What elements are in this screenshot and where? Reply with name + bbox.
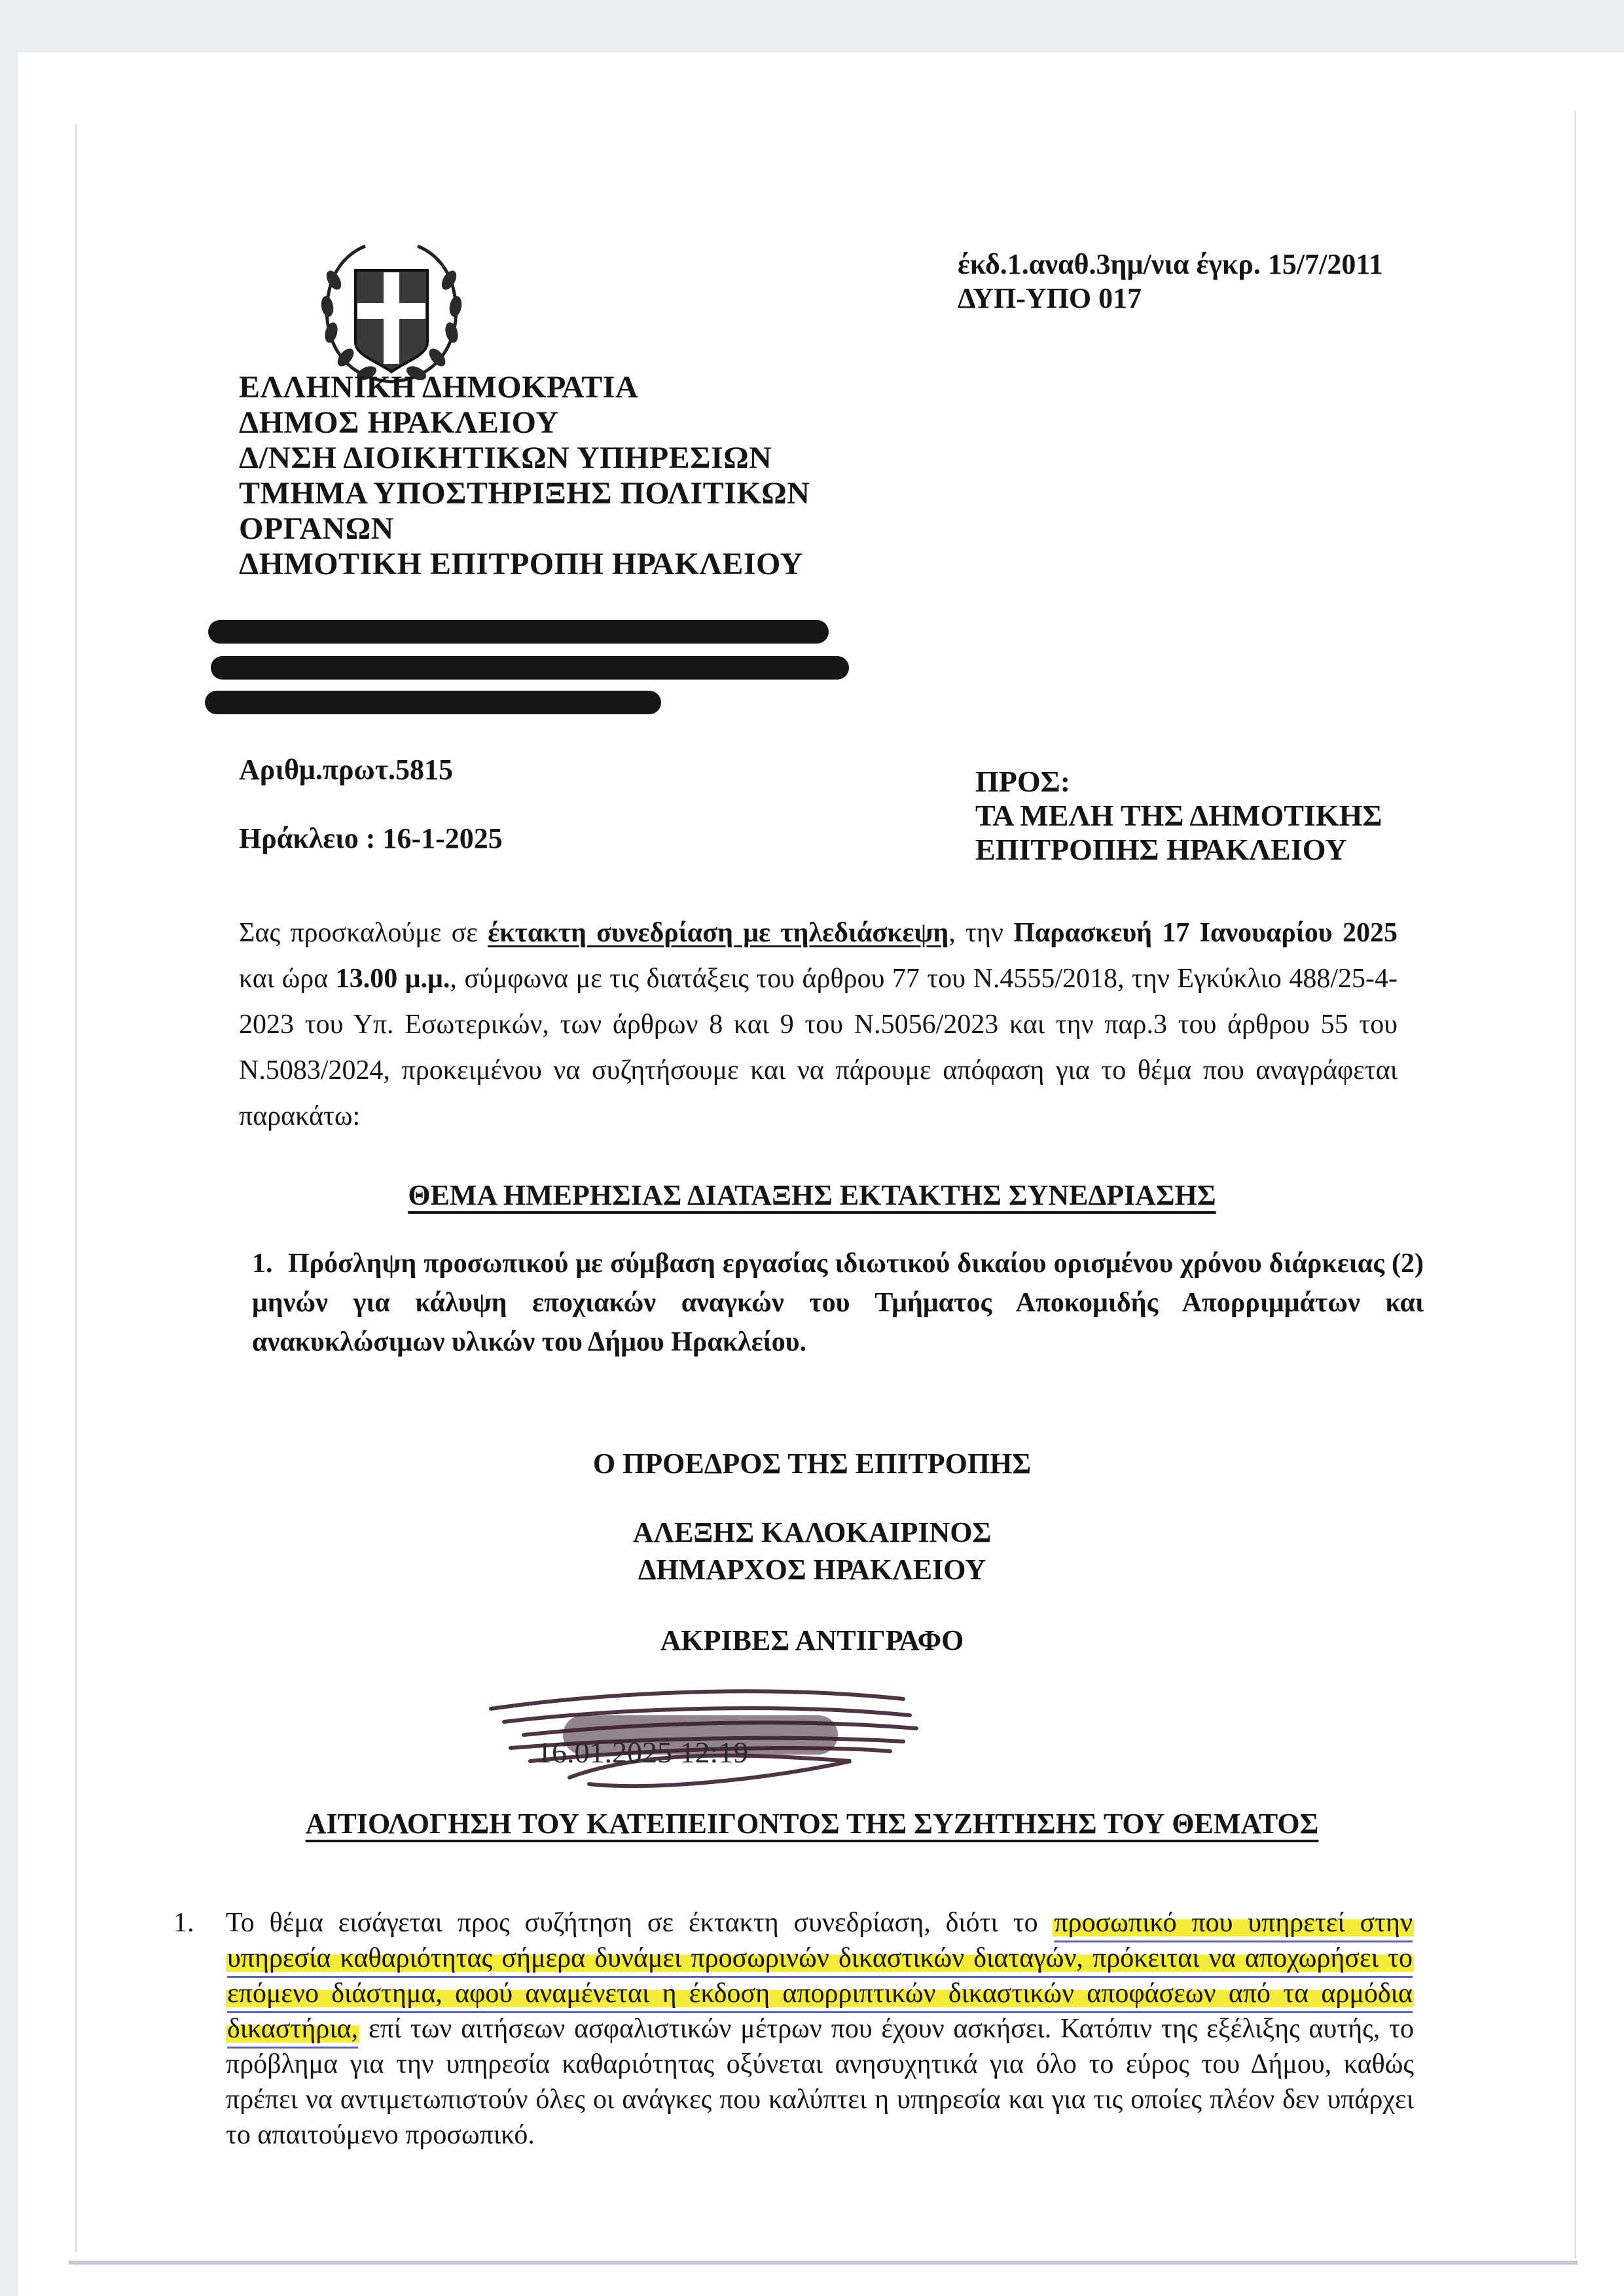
justification-title: ΑΙΤΙΟΛΟΓΗΣΗ ΤΟΥ ΚΑΤΕΠΕΙΓΟΝΤΟΣ ΤΗΣ ΣΥΖΗΤΗ… [0,1807,1624,1840]
issuer-line: ΟΡΓΑΝΩΝ [239,511,810,547]
meeting-time: 13.00 μ.μ. [336,964,450,994]
document-code: έκδ.1.αναθ.3ημ/νια έγκρ. 15/7/2011 ΔΥΠ-Υ… [958,247,1383,316]
issuer-line: ΕΛΛΗΝΙΚΗ ΔΗΜΟΚΡΑΤΙΑ [239,370,810,405]
issuer-line: ΔΗΜΟΤΙΚΗ ΕΠΙΤΡΟΠΗ ΗΡΑΚΛΕΙΟΥ [239,547,810,582]
signatory-title: ΔΗΜΑΡΧΟΣ ΗΡΑΚΛΕΙΟΥ [0,1553,1624,1586]
recipient-block: ΠΡΟΣ: ΤΑ ΜΕΛΗ ΤΗΣ ΔΗΜΟΤΙΚΗΣ ΕΠΙΤΡΟΠΗΣ ΗΡ… [975,765,1382,867]
agenda-title: ΘΕΜΑ ΗΜΕΡΗΣΙΑΣ ΔΙΑΤΑΞΗΣ ΕΚΤΑΚΤΗΣ ΣΥΝΕΔΡΙ… [0,1178,1624,1212]
redaction-bar [211,656,849,680]
place-date: Ηράκλειο : 16-1-2025 [239,822,503,855]
signatory-role: Ο ΠΡΟΕΔΡΟΣ ΤΗΣ ΕΠΙΤΡΟΠΗΣ [0,1447,1624,1480]
scan-edge-bottom [69,2261,1578,2265]
invitation-paragraph: Σας προσκαλούμε σε έκτακτη συνεδρίαση με… [239,910,1398,1139]
stamp-datetime: 16.01.2025 12:19 [537,1735,748,1770]
meeting-date: Παρασκευή 17 Ιανουαρίου 2025 [1013,918,1398,948]
meeting-type: έκτακτη συνεδρίαση με τηλεδιάσκεψη [488,918,948,948]
recipient-label: ΠΡΟΣ: [975,765,1382,799]
issuer-line: ΔΗΜΟΣ ΗΡΑΚΛΕΙΟΥ [239,405,810,441]
certified-copy-label: ΑΚΡΙΒΕΣ ΑΝΤΙΓΡΑΦΟ [0,1624,1624,1657]
greek-coat-of-arms-icon [293,234,490,392]
signatory-name: ΑΛΕΞΗΣ ΚΑΛΟΚΑΙΡΙΝΟΣ [0,1516,1624,1549]
agenda-list: 1.Πρόσληψη προσωπικού με σύμβαση εργασία… [252,1244,1424,1362]
recipient-line: ΕΠΙΤΡΟΠΗΣ ΗΡΑΚΛΕΙΟΥ [975,833,1382,867]
issuer-line: Δ/ΝΣΗ ΔΙΟΙΚΗΤΙΚΩΝ ΥΠΗΡΕΣΙΩΝ [239,441,810,476]
agenda-item: 1.Πρόσληψη προσωπικού με σύμβαση εργασία… [252,1244,1424,1362]
justification-paragraph: 1. Το θέμα εισάγεται προς συζήτηση σε έκ… [173,1905,1414,2153]
protocol-number: Αριθμ.πρωτ.5815 [239,753,453,786]
redaction-bar [205,691,661,714]
issuer-block: ΕΛΛΗΝΙΚΗ ΔΗΜΟΚΡΑΤΙΑ ΔΗΜΟΣ ΗΡΑΚΛΕΙΟΥ Δ/ΝΣ… [239,370,810,582]
issuer-line: ΤΜΗΜΑ ΥΠΟΣΤΗΡΙΞΗΣ ΠΟΛΙΤΙΚΩΝ [239,476,810,511]
redaction-bar [208,620,829,644]
handwritten-signature-icon [484,1663,929,1794]
recipient-line: ΤΑ ΜΕΛΗ ΤΗΣ ΔΗΜΟΤΙΚΗΣ [975,799,1382,833]
